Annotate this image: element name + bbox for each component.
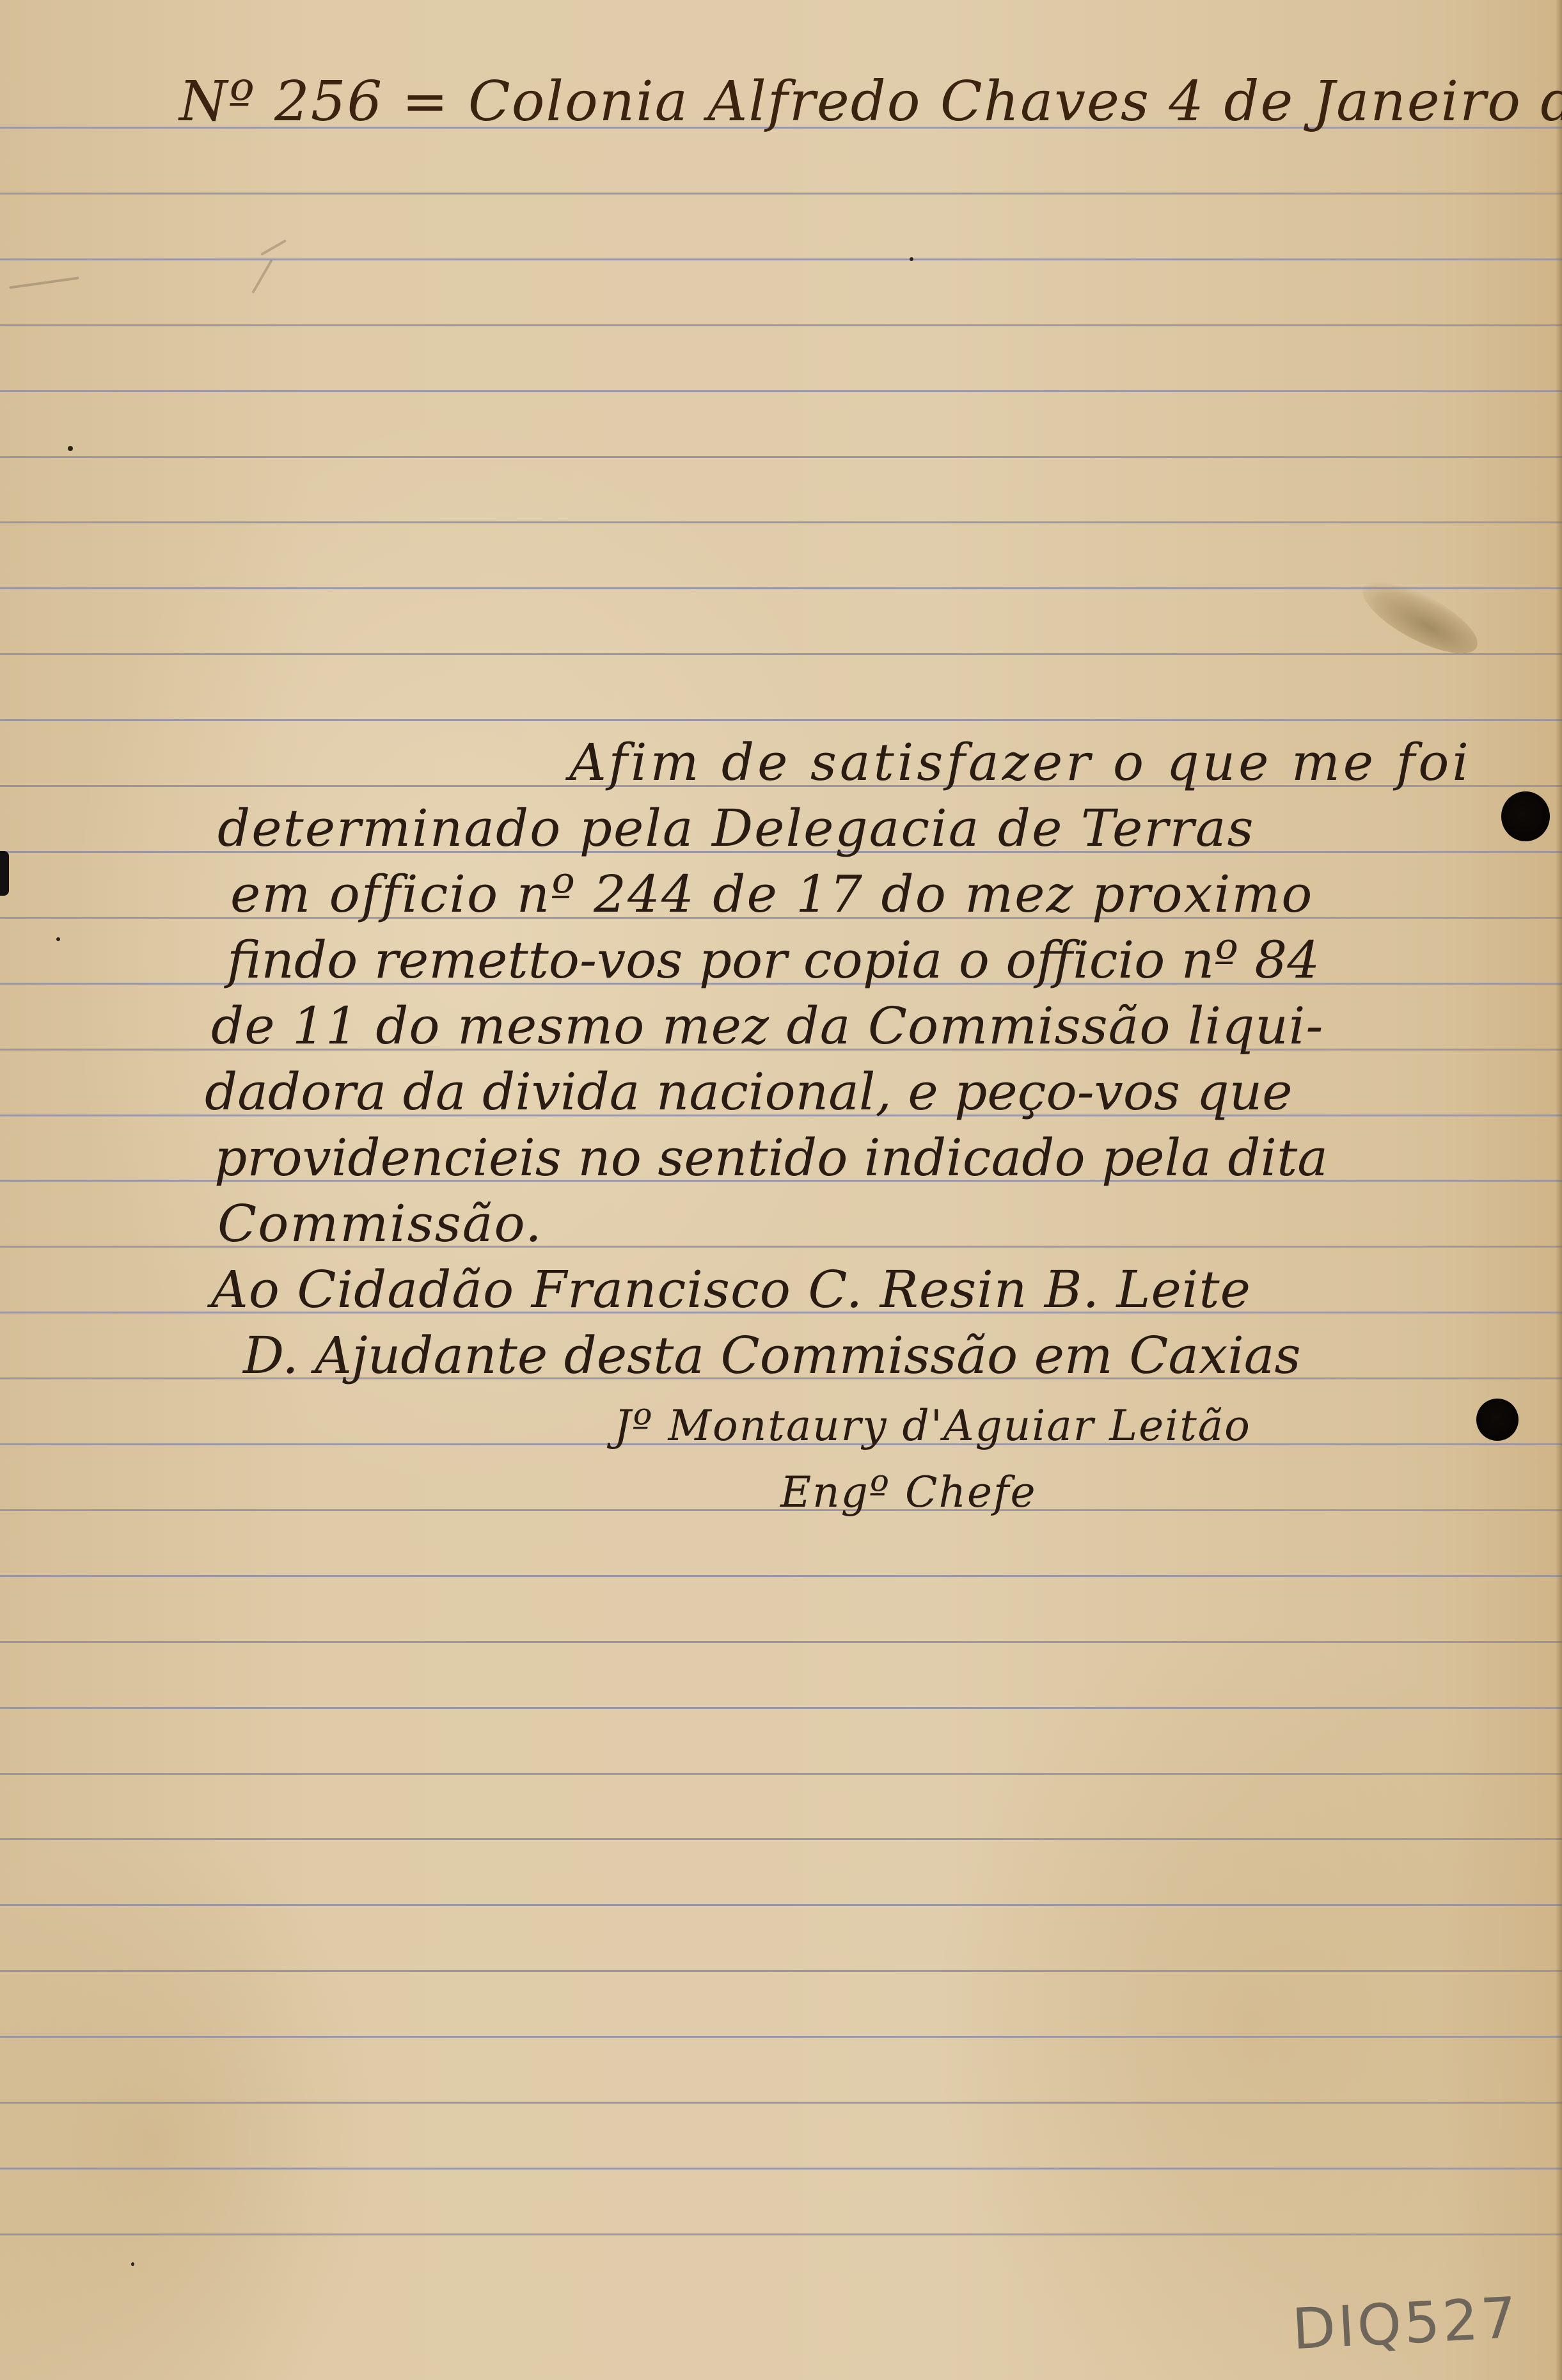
speck [131,2262,134,2266]
ruled-line [0,258,1562,260]
ink-stain [1353,567,1487,667]
body-line-8: Commissão. [217,1198,543,1249]
faint-pencil-stroke [9,276,79,289]
addressee-line-2: D. Ajudante desta Commissão em Caxias [243,1330,1301,1381]
body-line-2: determinado pela Delegacia de Terras [217,803,1255,854]
paper-right-edge [1556,0,1562,2380]
body-line-3: em officio nº 244 de 17 do mez proximo [230,869,1313,920]
ruled-line [0,521,1562,523]
faint-pencil-stroke [260,239,287,256]
addressee-line-1: Ao Cidadão Francisco C. Resin B. Leite [211,1264,1251,1315]
ruled-line [0,653,1562,655]
place-and-date: Colonia Alfredo Chaves 4 de Janeiro de 1… [468,70,1562,134]
ruled-line [0,2036,1562,2038]
punch-hole-top [1501,791,1550,841]
body-line-4: findo remetto-vos por copia o officio nº… [227,935,1320,986]
signature-name: Jº Montaury d'Aguiar Leitão [614,1405,1251,1447]
speck [68,446,73,451]
ruled-line [0,1641,1562,1643]
body-line-6: dadora da divida nacional, e peço-vos qu… [205,1067,1293,1118]
body-line-5: de 11 do mesmo mez da Commissão liqui- [211,1001,1323,1052]
body-line-1: Afim de satisfazer o que me foi [569,737,1472,788]
ruled-line [0,1575,1562,1577]
ruled-line [0,456,1562,458]
speck [910,257,913,261]
ruled-line [0,719,1562,721]
body-line-7: providencieis no sentido indicado pela d… [214,1132,1328,1184]
punch-hole-bottom [1476,1399,1519,1441]
ruled-line [0,1773,1562,1775]
faint-pencil-stroke [251,259,272,294]
letter-number: Nº 256 = [179,70,450,134]
letter-header: Nº 256 = Colonia Alfredo Chaves 4 de Jan… [179,74,1562,129]
speck [56,937,60,941]
ruled-line [0,324,1562,326]
ruled-line [0,2168,1562,2170]
ruled-line [0,1838,1562,1840]
left-edge-ink-mark [0,851,9,896]
archive-catalog-mark: DIQ527 [1291,2285,1521,2362]
ruled-line [0,390,1562,392]
ruled-line [0,193,1562,194]
signature-title: Engº Chefe [780,1472,1037,1514]
ruled-line [0,2233,1562,2235]
ruled-line [0,587,1562,589]
ruled-line [0,1970,1562,1972]
ruled-line [0,1707,1562,1709]
ruled-line [0,2102,1562,2104]
paper-sheet: Nº 256 = Colonia Alfredo Chaves 4 de Jan… [0,0,1562,2380]
ruled-line [0,1904,1562,1906]
